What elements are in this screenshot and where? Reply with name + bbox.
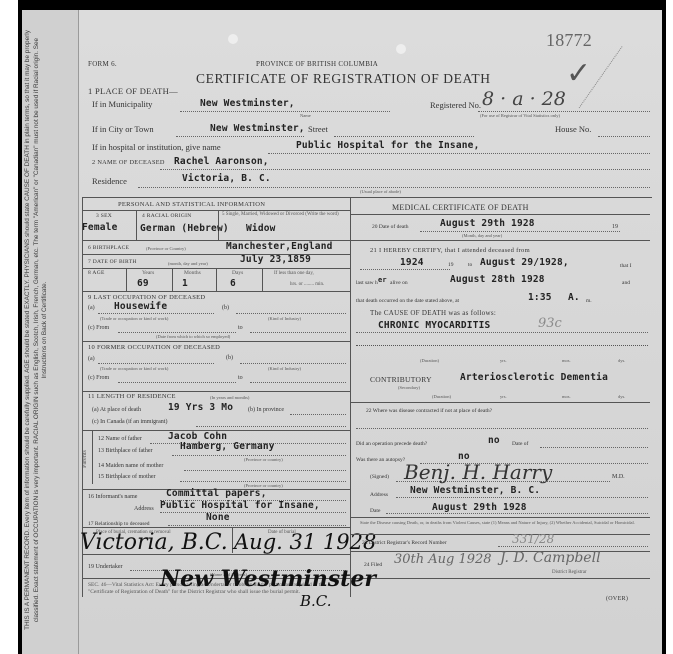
hospital-value: Public Hospital for the Insane, xyxy=(296,140,480,151)
last-occupation-to: to xyxy=(238,325,243,331)
attended-from-value: 1924 xyxy=(400,257,424,268)
certificate-date-label: Date xyxy=(370,508,380,514)
birthplace-value: Manchester,England xyxy=(226,241,333,252)
relationship-value: None xyxy=(206,512,230,523)
cause-label: The CAUSE OF DEATH was as follows: xyxy=(370,309,496,317)
in-canada-label: (c) In Canada (if an immigrant) xyxy=(92,419,167,425)
marital-value: Widow xyxy=(246,223,276,234)
dob-label: 7 DATE OF BIRTH xyxy=(88,259,137,265)
former-occupation-from: (c) From xyxy=(88,375,109,381)
registrar-number-value: 331/28 xyxy=(512,532,554,546)
form-number: FORM 6. xyxy=(88,60,117,68)
sex-value: Female xyxy=(82,222,118,233)
city-value: New Westminster, xyxy=(210,123,305,134)
over-label: (OVER) xyxy=(606,596,628,602)
house-label: House No. xyxy=(555,124,591,134)
attended-to-label: to xyxy=(468,262,472,268)
father-name-label: 12 Name of father xyxy=(98,436,142,442)
province-heading: PROVINCE OF BRITISH COLUMBIA xyxy=(256,60,378,68)
racial-value: German (Hebrew) xyxy=(140,223,229,234)
former-occupation-to: to xyxy=(238,375,243,381)
registered-caption: (For use of Registrar of Vital Statistic… xyxy=(480,113,560,118)
md-label: M.D. xyxy=(612,474,625,480)
contributory-mos: mos. xyxy=(562,394,571,399)
parents-side-label: Parents xyxy=(82,450,88,468)
registrar-signature: J. D. Campbell xyxy=(500,550,601,566)
duration-label: (Duration) xyxy=(420,358,439,363)
death-date-value: August 29th 1928 xyxy=(440,218,535,229)
certificate-title: CERTIFICATE OF REGISTRATION OF DEATH xyxy=(196,71,491,87)
last-saw-her: er xyxy=(378,276,387,284)
in-province-label: (b) In province xyxy=(248,407,284,413)
informant-address-label: Address xyxy=(134,506,154,512)
less-than-day-label: If less than one day, xyxy=(274,271,314,276)
contracted-label: 22 Where was disease contracted if not a… xyxy=(366,408,492,414)
days-value: 6 xyxy=(230,278,236,289)
duration-yrs: yrs. xyxy=(500,358,507,363)
undertaker-handwriting: New Westminster xyxy=(160,566,376,592)
former-occupation-heading: 10 FORMER OCCUPATION OF DECEASED xyxy=(88,344,220,351)
registered-label: Registered No. xyxy=(430,100,481,110)
certify-label: 21 I HEREBY CERTIFY, that I attended dec… xyxy=(370,247,530,254)
death-ampm: A. xyxy=(568,292,580,303)
racial-label: 4 RACIAL ORIGIN xyxy=(142,213,192,219)
medical-heading: MEDICAL CERTIFICATE OF DEATH xyxy=(392,203,529,212)
last-occupation-a: (a) xyxy=(88,305,95,311)
alive-on-label: alive on xyxy=(390,280,408,286)
years-employed-caption: (Date from which to which so employed) xyxy=(156,334,230,339)
attended-to-value: August 29/1928, xyxy=(480,257,569,268)
burial-place-value: Victoria, B.C. xyxy=(80,530,228,555)
last-saw-value: August 28th 1928 xyxy=(450,274,545,285)
informant-value: Committal papers, xyxy=(166,488,267,499)
last-occupation-from: (c) From xyxy=(88,325,109,331)
mother-name-label: 14 Maiden name of mother xyxy=(98,463,163,469)
operation-value: no xyxy=(488,435,500,446)
death-time-value: 1:35 xyxy=(528,292,552,303)
father-birthplace-value: Hamberg, Germany xyxy=(180,441,275,452)
residence-label: Residence xyxy=(92,176,127,186)
name-caption: Name xyxy=(300,113,311,118)
deceased-name-label: 2 NAME OF DECEASED xyxy=(92,159,165,166)
punch-hole xyxy=(396,44,406,54)
informant-label: 16 Informant's name xyxy=(88,494,137,500)
months-label: Months xyxy=(184,270,201,276)
contributory-label: CONTRIBUTORY xyxy=(370,375,432,384)
industry-caption: (Kind of Industry) xyxy=(268,316,301,321)
place-of-death-heading: 1 PLACE OF DEATH— xyxy=(88,86,178,96)
city-label: If in City or Town xyxy=(92,124,154,134)
death-date-suffix: 19 xyxy=(612,224,618,230)
undertaker-handwriting-2: B.C. xyxy=(300,592,332,610)
certificate-date-value: August 29th 1928 xyxy=(432,502,527,513)
months-value: 1 xyxy=(182,278,188,289)
former-trade-caption: (Trade or occupation or kind of work) xyxy=(100,366,168,371)
street-label: Street xyxy=(308,124,328,134)
filed-value: 30th Aug 1928 xyxy=(394,552,492,567)
last-occupation-heading: 9 LAST OCCUPATION OF DECEASED xyxy=(88,294,205,301)
that-i-label: that I xyxy=(620,263,631,269)
death-date-caption: (Month, day and year) xyxy=(462,233,502,238)
margin-instructions: THIS IS A PERMANENT RECORD. Every item o… xyxy=(24,30,76,630)
father-birthplace-label: 13 Birthplace of father xyxy=(98,448,152,454)
signed-label: (Signed) xyxy=(370,474,389,480)
filed-label: 24 Filed xyxy=(364,562,382,568)
cause-value: CHRONIC MYOCARDITIS xyxy=(378,320,490,331)
length-residence-heading: 11 LENGTH OF RESIDENCE xyxy=(88,393,176,400)
personal-heading: PERSONAL AND STATISTICAL INFORMATION xyxy=(118,201,265,208)
cause-pencil-code: 93c xyxy=(538,316,562,331)
former-occupation-a: (a) xyxy=(88,356,95,362)
municipality-value: New Westminster, xyxy=(200,98,295,109)
occurred-label: that death occurred on the date stated a… xyxy=(356,298,459,304)
physician-address-label: Address xyxy=(370,492,388,498)
informant-address-value: Public Hospital for Insane, xyxy=(160,500,320,511)
deceased-name-value: Rachel Aaronson, xyxy=(174,156,269,167)
margin-instructions-strip: THIS IS A PERMANENT RECORD. Every item o… xyxy=(22,10,79,654)
marital-label: 5 Single, Married, Widowed or Divorced (… xyxy=(222,212,346,218)
trade-caption: (Trade or occupation or kind of work) xyxy=(100,316,168,321)
autopsy-label: Was there an autopsy? xyxy=(356,457,405,463)
contributory-value: Arteriosclerotic Dementia xyxy=(460,372,608,383)
father-province-caption: (Province or country) xyxy=(244,457,283,462)
former-occupation-b: (b) xyxy=(226,355,233,361)
operation-label: Did an operation precede death? xyxy=(356,441,427,447)
residence-value: Victoria, B. C. xyxy=(182,173,271,184)
duration-dys: dys. xyxy=(618,358,625,363)
at-place-value: 19 Yrs 3 Mo xyxy=(168,402,233,413)
contributory-caption: (Secondary) xyxy=(398,385,420,390)
former-industry-caption: (Kind of Industry) xyxy=(268,366,301,371)
dob-caption: (month, day and year) xyxy=(168,261,208,266)
sex-label: 3 SEX xyxy=(96,213,112,219)
hospital-label: If in hospital or institution, give name xyxy=(92,142,221,152)
district-registrar-caption: District Registrar xyxy=(552,570,587,575)
length-residence-caption: (In years and months) xyxy=(210,395,249,400)
last-occupation-b: (b) xyxy=(222,305,229,311)
last-saw-label: last saw h xyxy=(356,280,378,286)
birthplace-label: 6 BIRTHPLACE xyxy=(88,245,129,251)
and-label: and xyxy=(622,280,630,286)
dob-value: July 23,1859 xyxy=(240,254,311,265)
age-label: 8 AGE xyxy=(88,270,105,276)
birthplace-caption: (Province or Country) xyxy=(146,246,186,251)
m-label: m. xyxy=(586,298,592,304)
duration-mos: mos. xyxy=(562,358,571,363)
contributory-dys: dys. xyxy=(618,394,625,399)
mother-birthplace-label: 15 Birthplace of mother xyxy=(98,474,155,480)
contributory-duration-label: (Duration) xyxy=(432,394,451,399)
last-occupation-value: Housewife xyxy=(114,301,167,312)
registered-number: 8 · a · 28 xyxy=(482,88,566,110)
undertaker-label: 19 Undertaker xyxy=(88,564,123,570)
days-label: Days xyxy=(232,270,243,276)
contributory-yrs: yrs. xyxy=(500,394,507,399)
municipality-label: If in Municipality xyxy=(92,99,152,109)
date-of-label: Date of xyxy=(512,441,528,447)
serial-number: 18772 xyxy=(546,30,592,51)
punch-hole xyxy=(228,34,238,44)
attended-from-19: 19 xyxy=(448,262,454,268)
years-value: 69 xyxy=(137,278,149,289)
death-date-label: 20 Date of death xyxy=(372,224,409,230)
less-than-day-units: hrs. or ........ min. xyxy=(290,282,324,287)
physician-address-value: New Westminster, B. C. xyxy=(410,485,540,496)
residence-caption: (Usual place of abode) xyxy=(360,189,401,194)
at-place-label: (a) At place of death xyxy=(92,407,141,413)
years-label: Years xyxy=(142,270,154,276)
checkmark-annotation: ✓ xyxy=(566,56,591,91)
violence-note: State the Disease causing Death, or, in … xyxy=(360,520,648,526)
registrar-number-label: 23 District Registrar's Record Number xyxy=(362,540,447,546)
